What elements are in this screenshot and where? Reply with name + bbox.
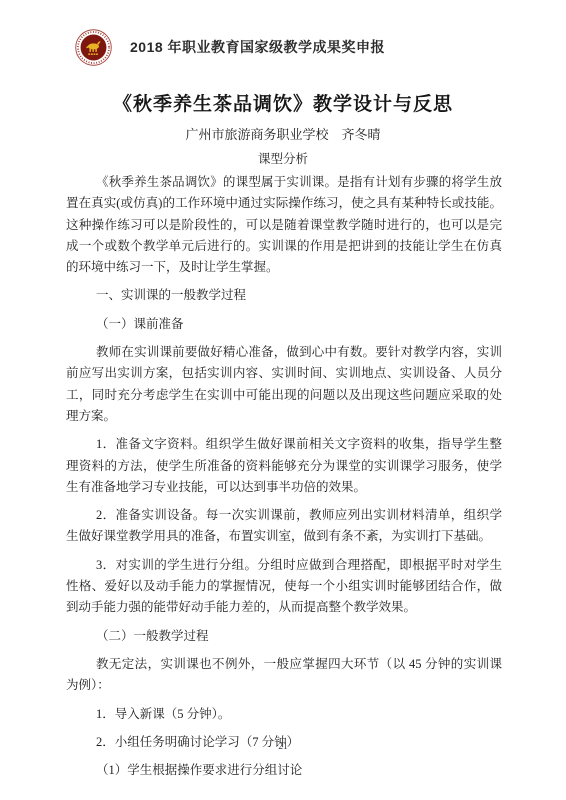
list-item: （1）学生根据操作要求进行分组讨论: [66, 760, 502, 781]
section-heading: 课型分析: [0, 151, 566, 167]
list-item: 1．准备文字资料。组织学生做好课前相关文字资料的收集，指导学生整理资料的方法，使…: [66, 434, 502, 498]
header-label: 2018 年职业教育国家级教学成果奖申报: [130, 39, 385, 55]
byline: 广州市旅游商务职业学校 齐冬晴: [0, 127, 566, 143]
heading-level-2: （一）课前准备: [66, 314, 502, 335]
page-header: 2018 年职业教育国家级教学成果奖申报: [0, 0, 566, 70]
page-title: 《秋季养生茶品调饮》教学设计与反思: [0, 93, 566, 117]
paragraph: 教无定法，实训课也不例外，一般应掌握四大环节（以 45 分钟的实训课为例）：: [66, 654, 502, 697]
list-item: 1．导入新课（5 分钟）。: [66, 704, 502, 725]
paragraph: 《秋季养生茶品调饮》的课型属于实训课。是指有计划有步骤的将学生放置在真实(或仿真…: [66, 172, 502, 278]
heading-level-1: 一、实训课的一般教学过程: [66, 285, 502, 306]
heading-level-2: （二）一般教学过程: [66, 626, 502, 647]
document-body: 《秋季养生茶品调饮》的课型属于实训课。是指有计划有步骤的将学生放置在真实(或仿真…: [66, 172, 502, 788]
school-seal-icon: [75, 29, 112, 66]
paragraph: 教师在实训课前要做好精心准备，做到心中有数。要针对教学内容，实训前应写出实训方案…: [66, 342, 502, 427]
document-page: 2018 年职业教育国家级教学成果奖申报 《秋季养生茶品调饮》教学设计与反思 广…: [0, 0, 566, 800]
list-item: 3．对实训的学生进行分组。分组时应做到合理搭配，即根据平时对学生性格、爱好以及动…: [66, 555, 502, 619]
list-item: 2．准备实训设备。每一次实训课前，教师应列出实训材料清单，组织学生做好课堂教学用…: [66, 505, 502, 548]
page-number: 21: [0, 742, 566, 752]
